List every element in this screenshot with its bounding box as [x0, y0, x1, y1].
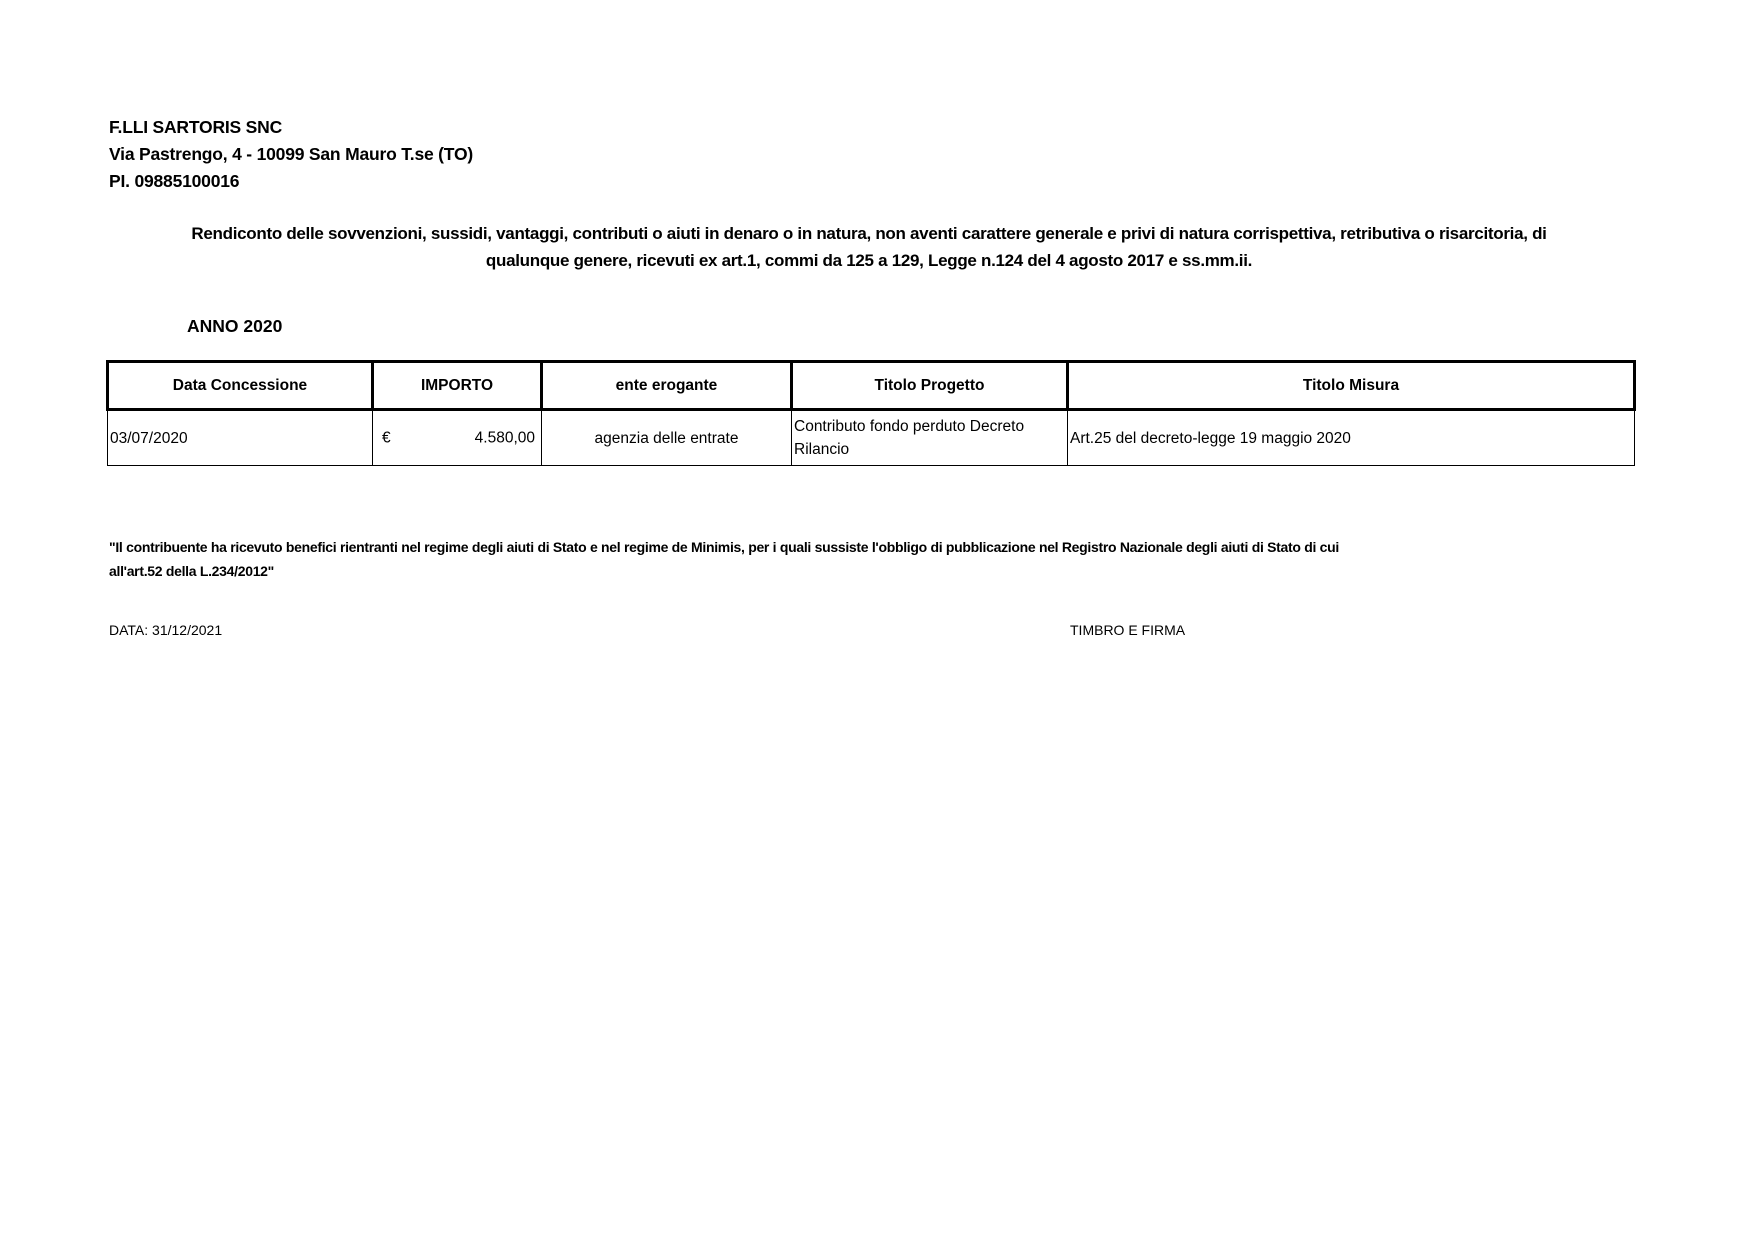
document-date: DATA: 31/12/2021: [109, 620, 222, 640]
cell-amount: € 4.580,00: [373, 410, 542, 466]
amount-value: 4.580,00: [475, 427, 535, 450]
header-data-concessione: Data Concessione: [108, 362, 373, 410]
table-header-row: Data Concessione IMPORTO ente erogante T…: [108, 362, 1635, 410]
notice-line-2: all'art.52 della L.234/2012": [109, 559, 1509, 583]
header-titolo-progetto: Titolo Progetto: [792, 362, 1068, 410]
signature-label: TIMBRO E FIRMA: [1070, 620, 1185, 640]
header-importo: IMPORTO: [373, 362, 542, 410]
header-ente-erogante: ente erogante: [542, 362, 792, 410]
grants-table: Data Concessione IMPORTO ente erogante T…: [106, 360, 1636, 466]
company-header: F.LLI SARTORIS SNC Via Pastrengo, 4 - 10…: [109, 114, 473, 195]
company-vat: PI. 09885100016: [109, 168, 473, 195]
cell-issuer: agenzia delle entrate: [542, 410, 792, 466]
document-title-line-1: Rendiconto delle sovvenzioni, sussidi, v…: [106, 220, 1632, 247]
company-address: Via Pastrengo, 4 - 10099 San Mauro T.se …: [109, 141, 473, 168]
year-label: ANNO 2020: [187, 314, 282, 338]
state-aid-notice: "Il contribuente ha ricevuto benefici ri…: [109, 535, 1509, 583]
cell-project-title: Contributo fondo perduto Decreto Rilanci…: [792, 410, 1068, 466]
cell-date: 03/07/2020: [108, 410, 373, 466]
currency-symbol: €: [382, 427, 391, 450]
header-titolo-misura: Titolo Misura: [1068, 362, 1635, 410]
notice-line-1: "Il contribuente ha ricevuto benefici ri…: [109, 535, 1509, 559]
document-title: Rendiconto delle sovvenzioni, sussidi, v…: [106, 220, 1632, 274]
document-title-line-2: qualunque genere, ricevuti ex art.1, com…: [106, 247, 1632, 274]
cell-measure-title: Art.25 del decreto-legge 19 maggio 2020: [1068, 410, 1635, 466]
table-row: 03/07/2020 € 4.580,00 agenzia delle entr…: [108, 410, 1635, 466]
company-name: F.LLI SARTORIS SNC: [109, 114, 473, 141]
